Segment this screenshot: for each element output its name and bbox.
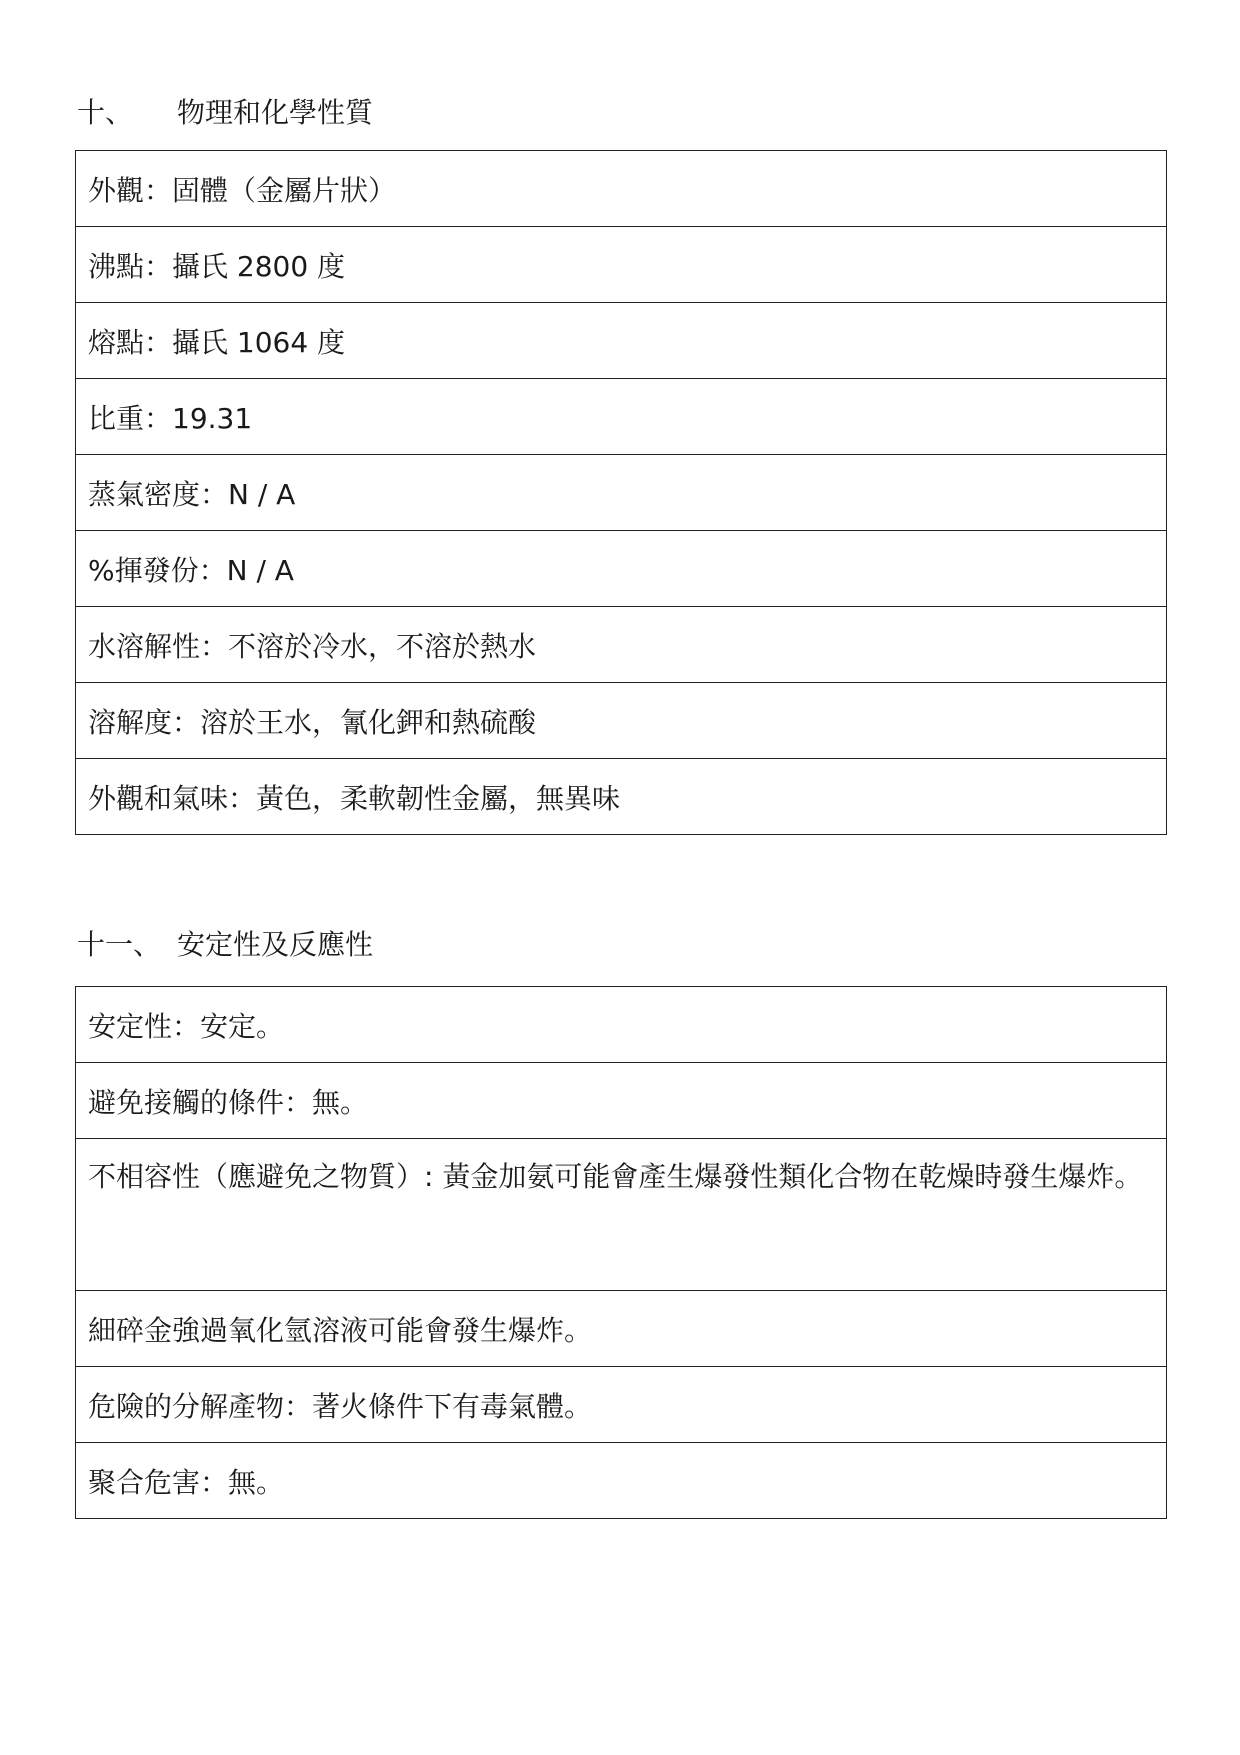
stability-reactivity-table: 安定性：安定。 避免接觸的條件：無。 不相容性（應避免之物質）: 黃金加氨可能會… bbox=[75, 986, 1167, 1519]
solubility-cell: 溶解度：溶於王水，氰化鉀和熱硫酸 bbox=[76, 683, 1167, 759]
section-title: 物理和化學性質 bbox=[177, 96, 373, 129]
vapor-density-cell: 蒸氣密度：N / A bbox=[76, 455, 1167, 531]
decomposition-products-cell: 危險的分解產物：著火條件下有毒氣體。 bbox=[76, 1367, 1167, 1443]
table-row: 水溶解性：不溶於冷水，不溶於熱水 bbox=[76, 607, 1167, 683]
specific-gravity-cell: 比重：19.31 bbox=[76, 379, 1167, 455]
table-row: 不相容性（應避免之物質）: 黃金加氨可能會產生爆發性類化合物在乾燥時發生爆炸。 bbox=[76, 1139, 1167, 1291]
table-row: 比重：19.31 bbox=[76, 379, 1167, 455]
conditions-to-avoid-cell: 避免接觸的條件：無。 bbox=[76, 1063, 1167, 1139]
section-heading-physical-chemical: 十、物理和化學性質 bbox=[77, 96, 373, 130]
table-row: 危險的分解產物：著火條件下有毒氣體。 bbox=[76, 1367, 1167, 1443]
table-row: 聚合危害：無。 bbox=[76, 1443, 1167, 1519]
section-number: 十、 bbox=[77, 96, 177, 130]
incompatibility-cell: 不相容性（應避免之物質）: 黃金加氨可能會產生爆發性類化合物在乾燥時發生爆炸。 bbox=[76, 1139, 1167, 1291]
stability-cell: 安定性：安定。 bbox=[76, 987, 1167, 1063]
boiling-point-cell: 沸點：攝氏 2800 度 bbox=[76, 227, 1167, 303]
table-row: 細碎金強過氧化氫溶液可能會發生爆炸。 bbox=[76, 1291, 1167, 1367]
polymerization-hazard-cell: 聚合危害：無。 bbox=[76, 1443, 1167, 1519]
water-solubility-cell: 水溶解性：不溶於冷水，不溶於熱水 bbox=[76, 607, 1167, 683]
melting-point-cell: 熔點：攝氏 1064 度 bbox=[76, 303, 1167, 379]
physical-chemical-properties-table: 外觀：固體（金屬片狀） 沸點：攝氏 2800 度 熔點：攝氏 1064 度 比重… bbox=[75, 150, 1167, 835]
appearance-odor-cell: 外觀和氣味：黃色，柔軟韌性金屬，無異味 bbox=[76, 759, 1167, 835]
table-row: 外觀和氣味：黃色，柔軟韌性金屬，無異味 bbox=[76, 759, 1167, 835]
section-title: 安定性及反應性 bbox=[177, 928, 373, 961]
volatile-percent-cell: %揮發份：N / A bbox=[76, 531, 1167, 607]
section-heading-stability-reactivity: 十一、安定性及反應性 bbox=[77, 928, 373, 962]
appearance-cell: 外觀：固體（金屬片狀） bbox=[76, 151, 1167, 227]
table-row: 熔點：攝氏 1064 度 bbox=[76, 303, 1167, 379]
section-number: 十一、 bbox=[77, 928, 177, 962]
explosion-hazard-cell: 細碎金強過氧化氫溶液可能會發生爆炸。 bbox=[76, 1291, 1167, 1367]
table-row: 外觀：固體（金屬片狀） bbox=[76, 151, 1167, 227]
table-row: 避免接觸的條件：無。 bbox=[76, 1063, 1167, 1139]
table-row: 溶解度：溶於王水，氰化鉀和熱硫酸 bbox=[76, 683, 1167, 759]
table-row: 沸點：攝氏 2800 度 bbox=[76, 227, 1167, 303]
table-row: 安定性：安定。 bbox=[76, 987, 1167, 1063]
table-row: %揮發份：N / A bbox=[76, 531, 1167, 607]
table-row: 蒸氣密度：N / A bbox=[76, 455, 1167, 531]
